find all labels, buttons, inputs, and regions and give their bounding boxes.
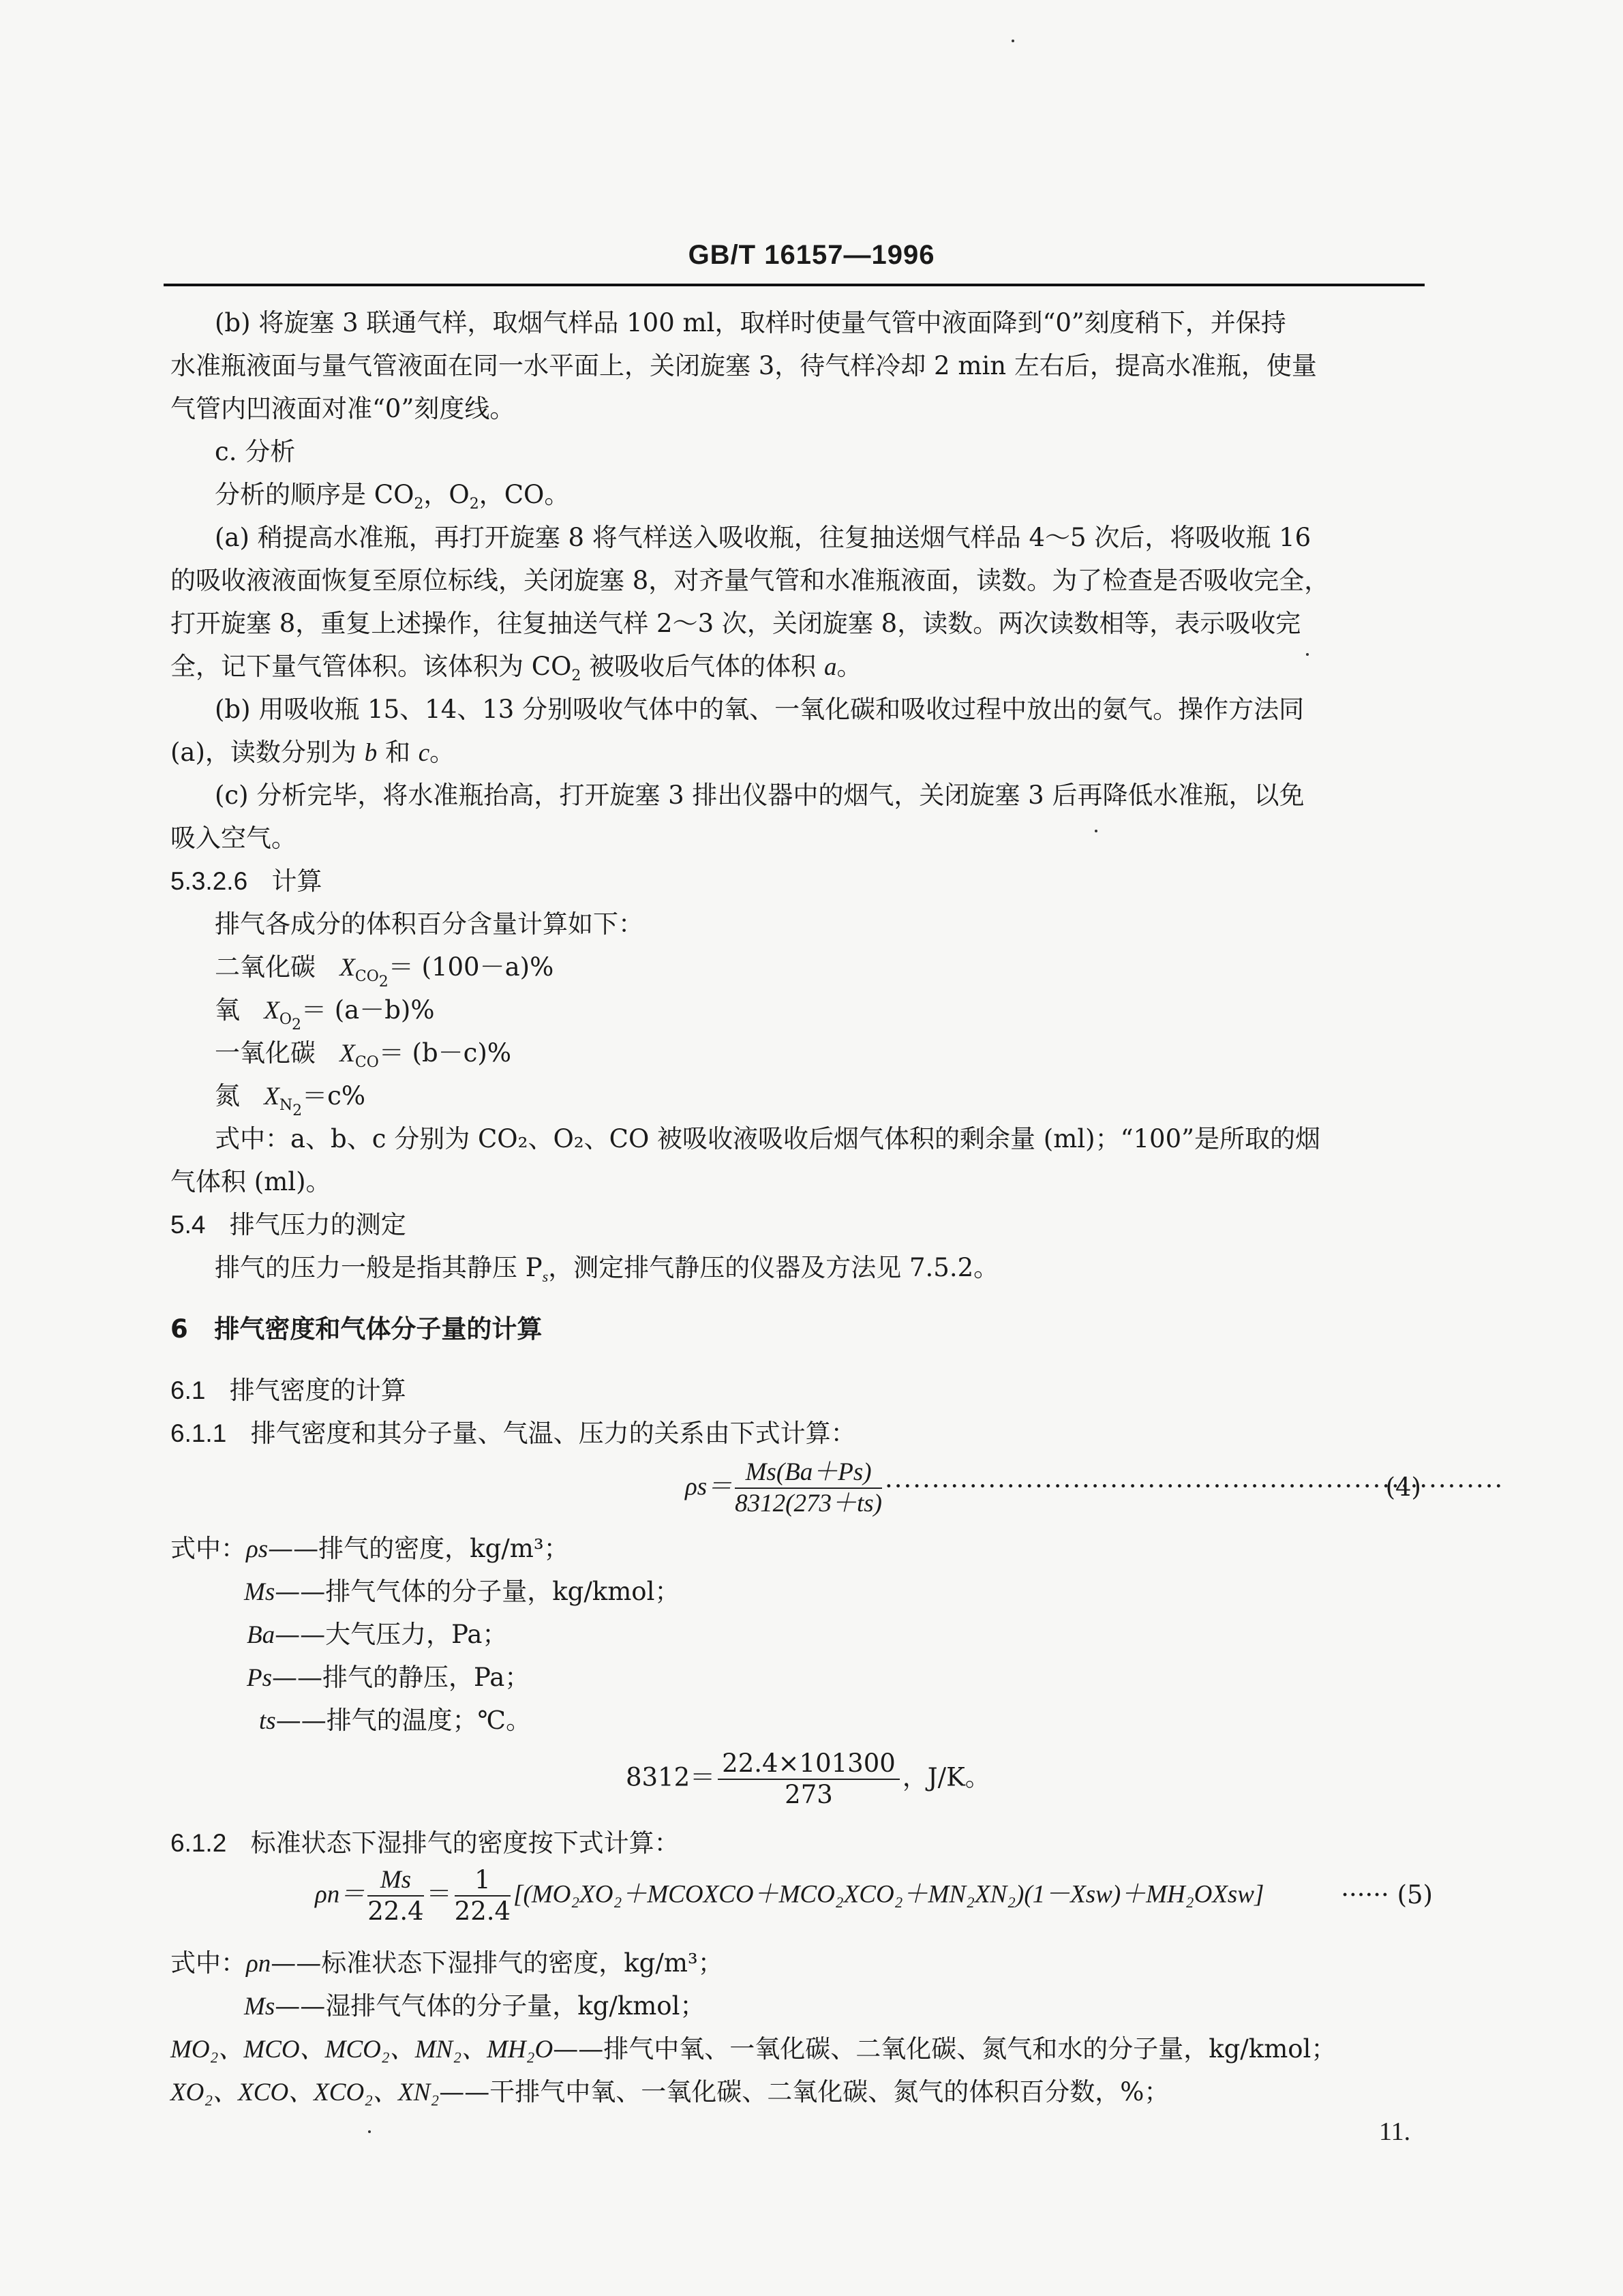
section-heading-6-1-2: 6.1.2 标准状态下湿排气的密度按下式计算： (170, 1828, 680, 1858)
definition-line: XO₂、XCO、XCO₂、XN₂——干排气中氧、一氧化碳、二氧化碳、氮气的体积百… (170, 2077, 1169, 2108)
paragraph-line: 分析的顺序是 CO2，O2，CO。 (215, 480, 569, 519)
page-number: 11. (1379, 2117, 1410, 2147)
standard-header: GB/T 16157—1996 (0, 240, 1623, 271)
paragraph-line: 排气各成分的体积百分含量计算如下： (215, 909, 643, 939)
scan-speck (1306, 653, 1309, 656)
definition-line: 式中：ρn——标准状态下湿排气的密度，kg/m³； (170, 1948, 723, 1979)
constant-equation: 8312＝22.4×101300273，J/K。 (626, 1749, 990, 1810)
scan-speck (1012, 40, 1014, 42)
definition-line: 式中：ρs——排气的密度，kg/m³； (170, 1534, 569, 1565)
paragraph-line: (b) 将旋塞 3 联通气样，取烟气样品 100 ml，取样时使量气管中液面降到… (215, 308, 1286, 338)
definition-line: Ms——湿排气气体的分子量，kg/kmol； (244, 1991, 705, 2022)
definition-line: Ms——排气气体的分子量，kg/kmol； (244, 1577, 680, 1607)
paragraph-line: 排气的压力一般是指其静压 Ps，测定排气静压的仪器及方法见 7.5.2。 (215, 1253, 999, 1292)
equation-number: (4) (1386, 1472, 1421, 1502)
equation-number: ······ (5) (1341, 1880, 1433, 1910)
paragraph-line: 水准瓶液面与量气管液面在同一水平面上，关闭旋塞 3，待气样冷却 2 min 左右… (170, 351, 1317, 381)
definition-line: Ba——大气压力，Pa； (247, 1620, 507, 1650)
paragraph-line: 气体积 (ml)。 (170, 1167, 331, 1197)
scan-speck (368, 2130, 371, 2133)
equation-5: ρn＝Ms22.4＝122.4[(MO₂XO₂＋MCOXCO＋MCO₂XCO₂＋… (315, 1865, 1433, 1927)
equation-4: ρs＝Ms(Ba＋Ps)8312(273＋ts)················… (685, 1457, 1435, 1519)
formula-co2: 二氧化碳 XCO2＝ (100－a)% (215, 952, 553, 997)
formula-co: 一氧化碳 XCO＝ (b－c)% (215, 1038, 511, 1078)
definition-line: MO₂、MCO、MCO₂、MN₂、MH₂O——排气中氧、一氧化碳、二氧化碳、氮气… (170, 2034, 1336, 2065)
definition-line: ts——排气的温度；℃。 (259, 1706, 531, 1736)
paragraph-line: (a)，读数分别为 b 和 c。 (170, 738, 455, 768)
section-heading-6-1-1: 6.1.1 排气密度和其分子量、气温、压力的关系由下式计算： (170, 1419, 856, 1449)
paragraph-line: (c) 分析完毕，将水准瓶抬高，打开旋塞 3 排出仪器中的烟气，关闭旋塞 3 后… (215, 781, 1304, 811)
section-heading-6-1: 6.1 排气密度的计算 (170, 1376, 406, 1406)
section-heading-5-3-2-6: 5.3.2.6 计算 (170, 866, 322, 896)
paragraph-line: 全，记下量气管体积。该体积为 CO2 被吸收后气体的体积 a。 (170, 652, 862, 691)
section-heading-5-4: 5.4 排气压力的测定 (170, 1210, 406, 1240)
paragraph-line: 式中：a、b、c 分别为 CO₂、O₂、CO 被吸收液吸收后烟气体积的剩余量 (… (215, 1124, 1320, 1154)
header-rule (164, 284, 1425, 286)
document-page: GB/T 16157—1996 (b) 将旋塞 3 联通气样，取烟气样品 100… (0, 0, 1623, 2296)
section-heading-6: 6 排气密度和气体分子量的计算 (170, 1314, 542, 1344)
subsection-title: c. 分析 (215, 437, 295, 467)
paragraph-line: (a) 稍提高水准瓶，再打开旋塞 8 将气样送入吸收瓶，往复抽送烟气样品 4～5… (215, 523, 1311, 553)
paragraph-line: (b) 用吸收瓶 15、14、13 分别吸收气体中的氧、一氧化碳和吸收过程中放出… (215, 695, 1304, 725)
formula-n2: 氮 XN2＝c% (215, 1081, 365, 1126)
paragraph-line: 的吸收液液面恢复至原位标线，关闭旋塞 8，对齐量气管和水准瓶液面，读数。为了检查… (170, 566, 1329, 596)
scan-speck (1095, 830, 1097, 832)
definition-line: Ps——排气的静压，Pa； (247, 1663, 530, 1693)
paragraph-line: 气管内凹液面对准“0”刻度线。 (170, 394, 515, 424)
paragraph-line: 打开旋塞 8，重复上述操作，往复抽送气样 2～3 次，关闭旋塞 8，读数。两次读… (170, 609, 1301, 639)
formula-o2: 氧 XO2＝ (a－b)% (215, 995, 435, 1040)
paragraph-line: 吸入空气。 (170, 824, 297, 854)
